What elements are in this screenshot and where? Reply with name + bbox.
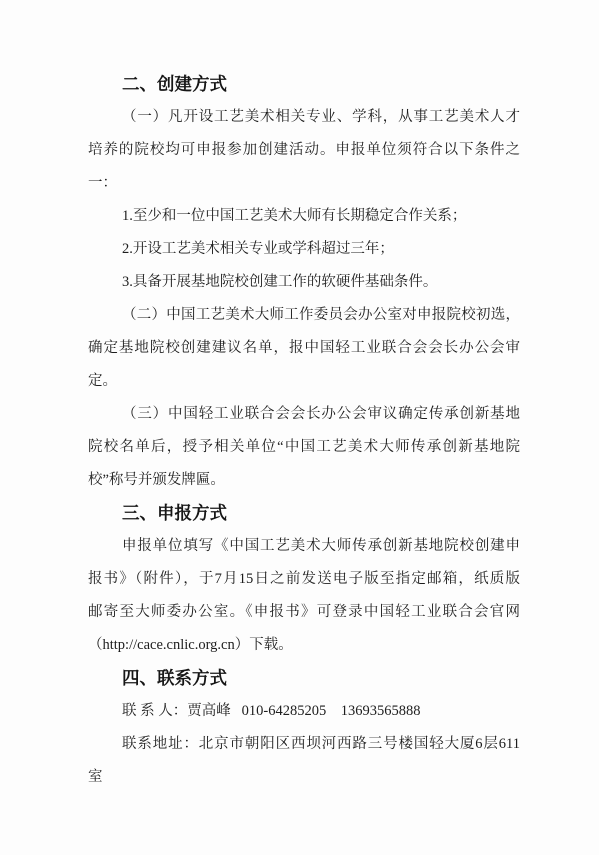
para-application-line-3: 邮寄至大师委办公室。《申报书》可登录中国轻工业联合会官网 bbox=[88, 596, 520, 629]
contact-address-line-2: 室 bbox=[88, 761, 520, 794]
para-application-line-4-download-url: （http://cace.cnlic.org.cn）下载。 bbox=[88, 629, 520, 662]
para-eligibility-line-2: 培养的院校均可申报参加创建活动。申报单位须符合以下条件之 bbox=[88, 134, 520, 167]
para-award-title-line-1: （三）中国轻工业联合会会长办公会审议确定传承创新基地 bbox=[88, 398, 520, 431]
para-eligibility-line-1: （一）凡开设工艺美术相关专业、学科，从事工艺美术人才 bbox=[88, 101, 520, 134]
contact-address-line-1: 联系地址：北京市朝阳区西坝河西路三号楼国轻大厦6层611 bbox=[88, 728, 520, 761]
para-eligibility-line-3: 一： bbox=[88, 167, 520, 200]
para-preliminary-selection-line-2: 确定基地院校创建建议名单，报中国轻工业联合会会长办公会审 bbox=[88, 332, 520, 365]
para-award-title-line-3: 校”称号并颁发牌匾。 bbox=[88, 464, 520, 497]
para-preliminary-selection-line-3: 定。 bbox=[88, 365, 520, 398]
para-preliminary-selection-line-1: （二）中国工艺美术大师工作委员会办公室对申报院校初选， bbox=[88, 299, 520, 332]
para-award-title-line-2: 院校名单后，授予相关单位“中国工艺美术大师传承创新基地院 bbox=[88, 431, 520, 464]
document-page: 二、创建方式 （一）凡开设工艺美术相关专业、学科，从事工艺美术人才 培养的院校均… bbox=[88, 68, 520, 794]
list-condition-3: 3.具备开展基地院校创建工作的软硬件基础条件。 bbox=[88, 266, 520, 299]
list-condition-2: 2.开设工艺美术相关专业或学科超过三年； bbox=[88, 233, 520, 266]
heading-section-creation-method: 二、创建方式 bbox=[88, 68, 520, 101]
heading-section-contact-method: 四、联系方式 bbox=[88, 662, 520, 695]
para-application-line-2: 报书》（附件），于7月15日之前发送电子版至指定邮箱，纸质版 bbox=[88, 563, 520, 596]
contact-person-line: 联 系 人：贾高峰 010-64285205 13693565888 bbox=[88, 695, 520, 728]
heading-section-application-method: 三、申报方式 bbox=[88, 497, 520, 530]
para-application-line-1: 申报单位填写《中国工艺美术大师传承创新基地院校创建申 bbox=[88, 530, 520, 563]
list-condition-1: 1.至少和一位中国工艺美术大师有长期稳定合作关系； bbox=[88, 200, 520, 233]
